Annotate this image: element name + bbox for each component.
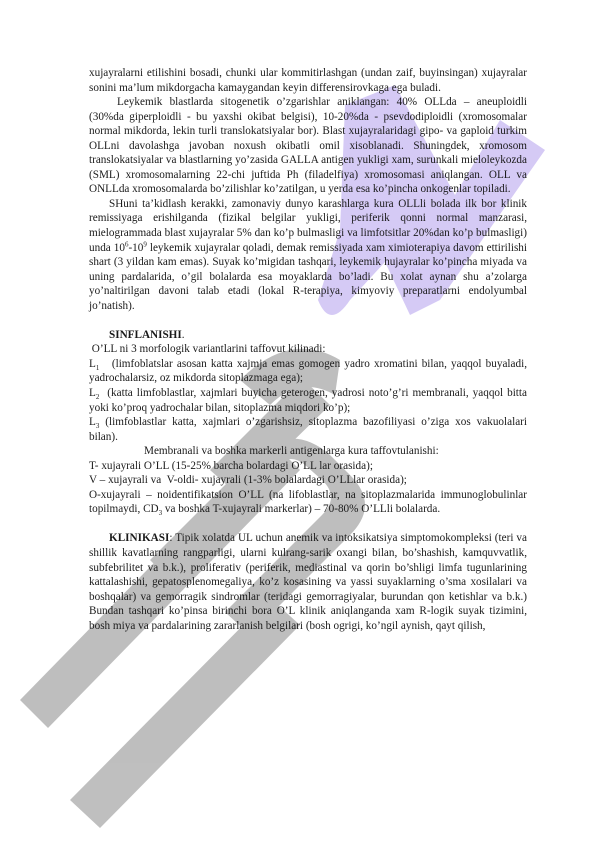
- t-cell-item: T- xujayrali O’LL (15-25% barcha bolarda…: [89, 459, 527, 474]
- document-page: xujayralarni etilishini bosadi, chunki u…: [0, 0, 596, 842]
- paragraph-cytogenetics: Leykemik blastlarda sitogenetik o’zgaris…: [89, 95, 527, 197]
- spacer: [89, 517, 527, 532]
- variant-l1: L1 (limfoblatslar asosan katta xajmja em…: [89, 357, 527, 386]
- document-body: xujayralarni etilishini bosadi, chunki u…: [89, 66, 527, 633]
- membrane-heading: Membranali va boshka markerli antigenlar…: [89, 444, 527, 459]
- spacer: [89, 313, 527, 328]
- o-cell-item: O-xujayrali – noidentifikatsion O’LL (na…: [89, 488, 527, 517]
- paragraph-intro: xujayralarni etilishini bosadi, chunki u…: [89, 66, 527, 95]
- variant-l2: L2 (katta limfoblastlar, xajmlari buyich…: [89, 386, 527, 415]
- classification-intro: O’LL ni 3 morfologik variantlarini taffo…: [89, 342, 527, 357]
- section-heading-classification: SINFLANISHI.: [89, 328, 527, 343]
- v-cell-item: V – xujayrali va V-oldi- xujayrali (1-3%…: [89, 473, 527, 488]
- variant-l3: L3 (limfoblastlar katta, xajmlari o’zgar…: [89, 415, 527, 444]
- paragraph-clinic: KLINIKASI: Tipik xolatda UL uchun anemik…: [89, 531, 527, 633]
- paragraph-remission: SHuni ta’kidlash kerakki, zamonaviy duny…: [89, 197, 527, 313]
